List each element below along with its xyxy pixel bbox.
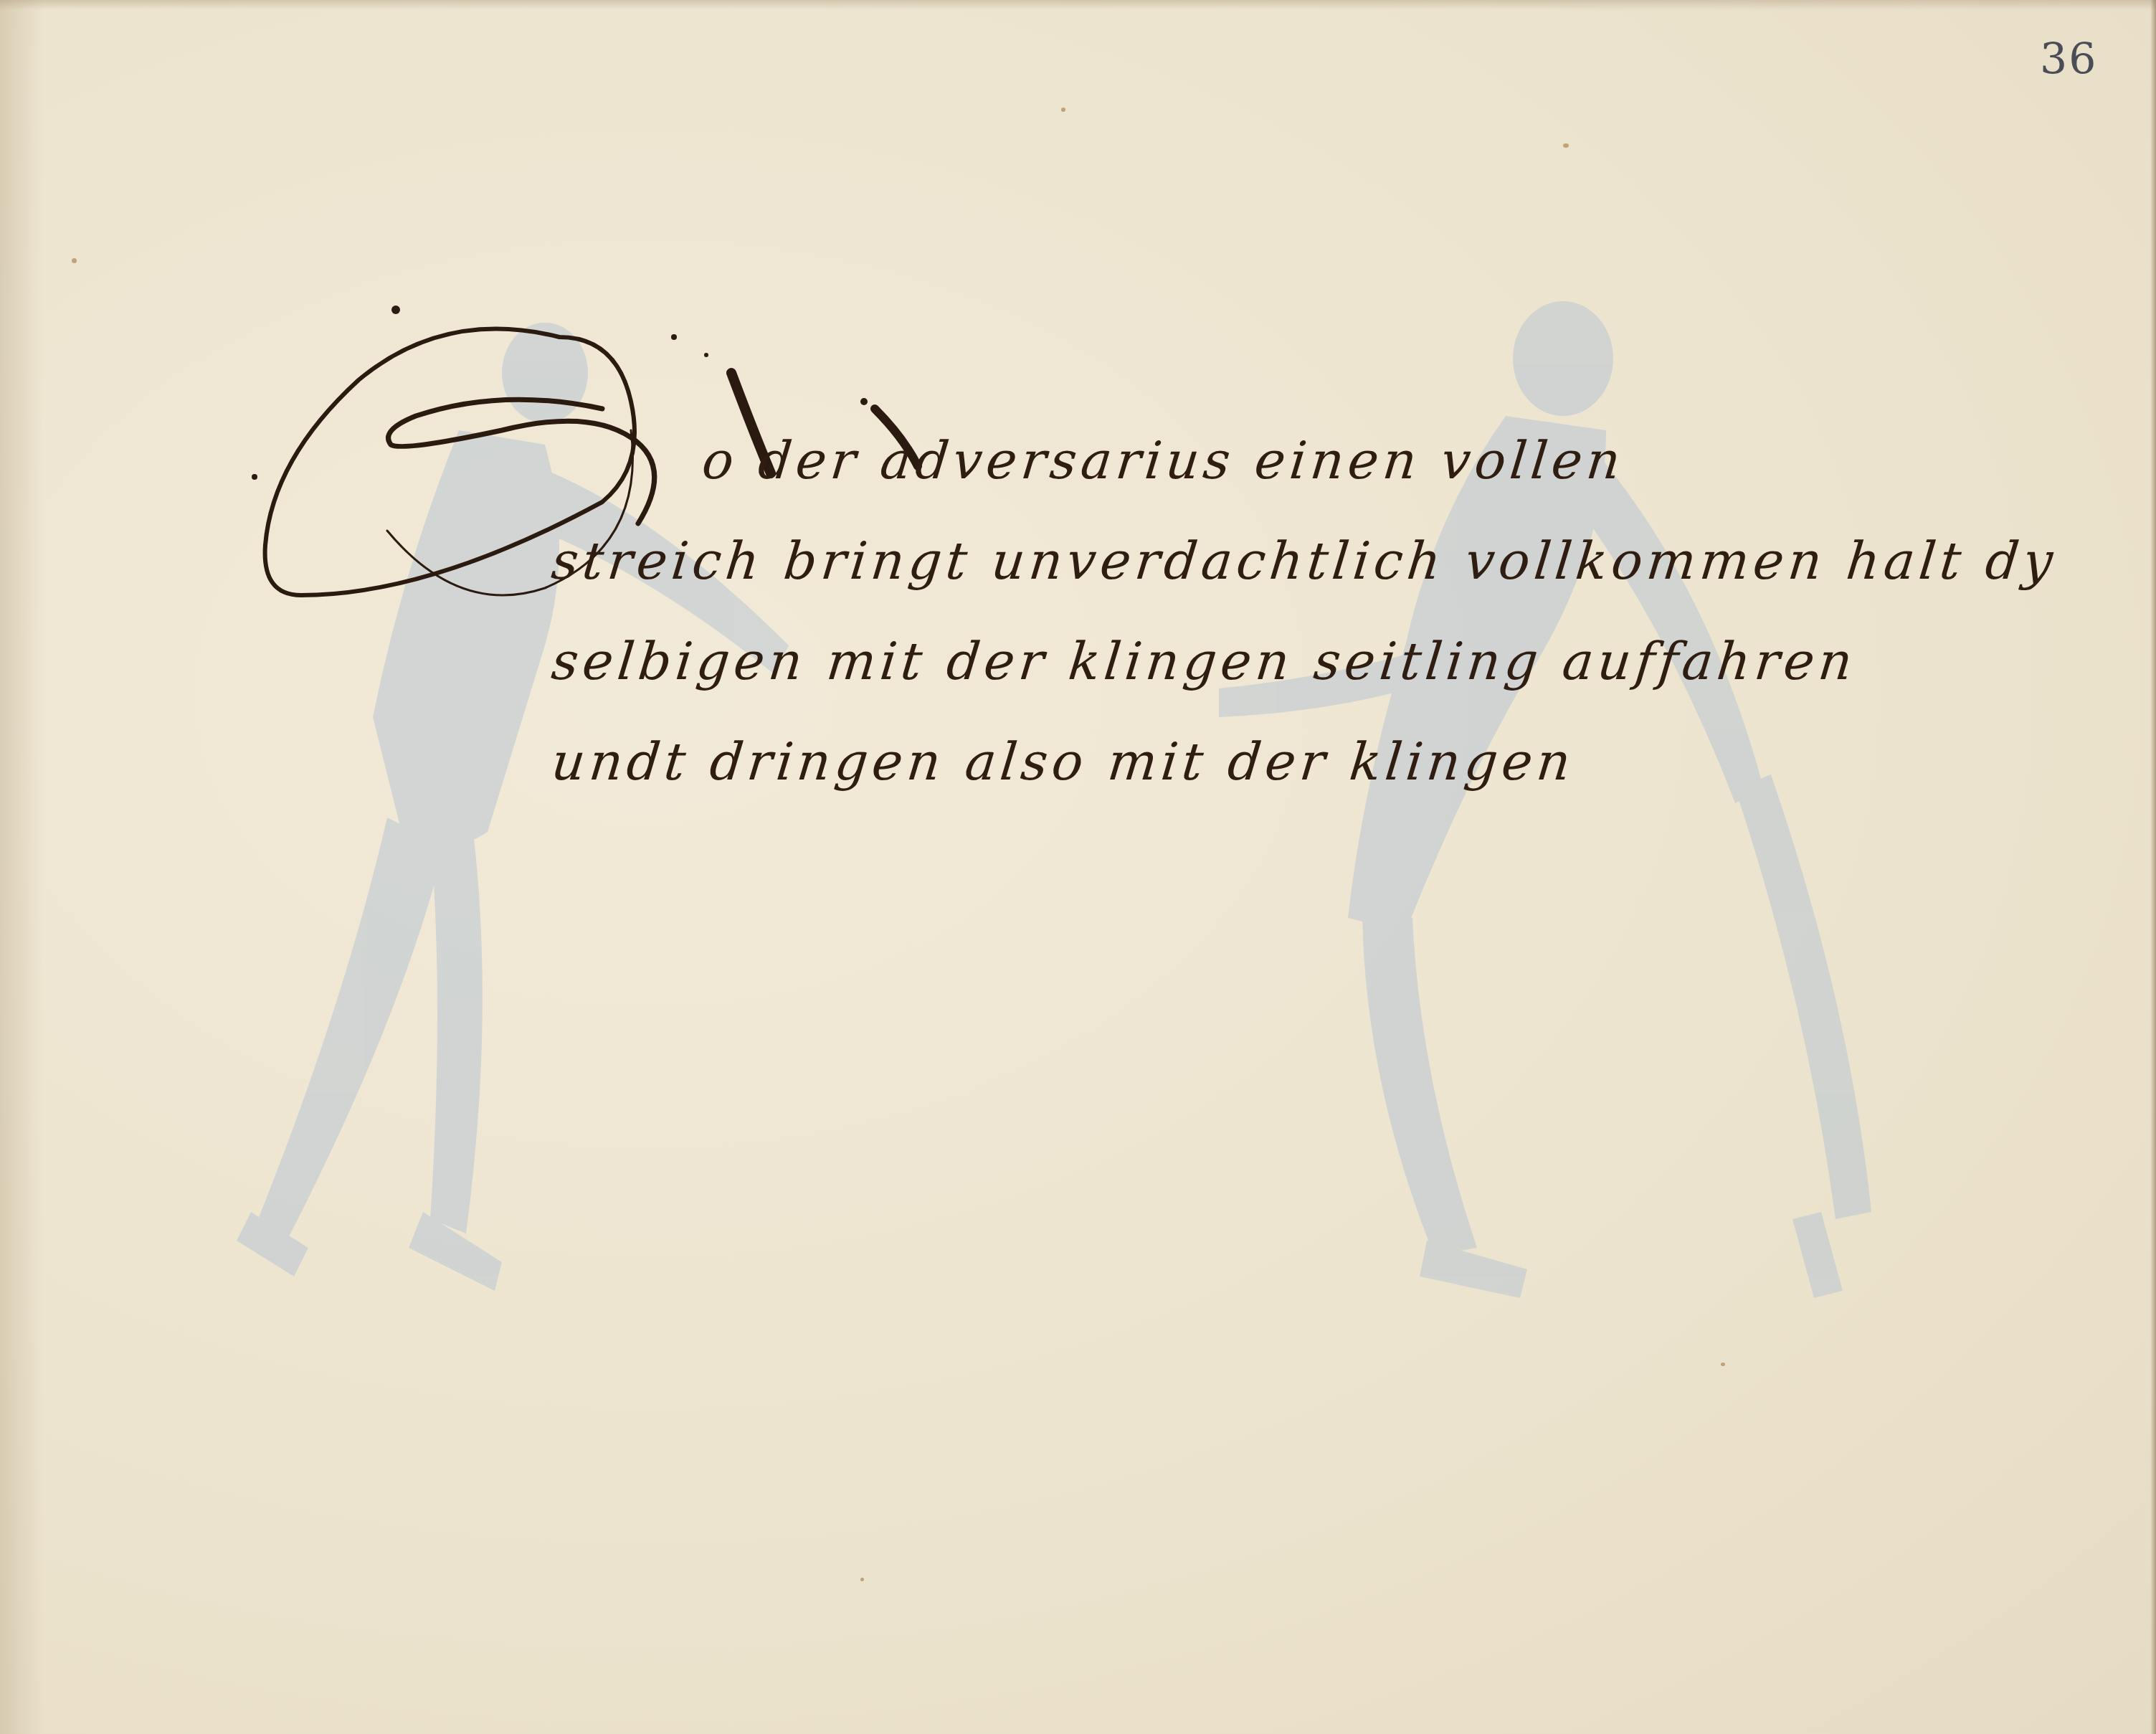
text-line-4: undt dringen also mit der klingen xyxy=(549,731,1578,792)
bleed-through-figures xyxy=(0,0,2156,1734)
text-line-3: selbigen mit der klingen seitling auffah… xyxy=(549,631,1860,691)
paper-fleck xyxy=(1061,108,1065,112)
paper-fleck xyxy=(860,1578,864,1581)
gutter-shadow xyxy=(0,0,43,1734)
text-line-1: o der adversarius einen vollen xyxy=(700,430,1628,491)
paper-fleck xyxy=(72,258,77,263)
page-edge-top xyxy=(0,0,2156,10)
page-edge-right xyxy=(2150,0,2156,1734)
decorative-initial-flourish xyxy=(0,0,2156,1734)
paper-fleck xyxy=(1563,143,1569,148)
manuscript-page: 36 o der adversarius einen vollen streic… xyxy=(0,0,2156,1734)
folio-number: 36 xyxy=(2040,34,2097,85)
paper-fleck xyxy=(1721,1363,1725,1366)
text-line-2: streich bringt unverdachtlich vollkommen… xyxy=(549,531,2060,591)
